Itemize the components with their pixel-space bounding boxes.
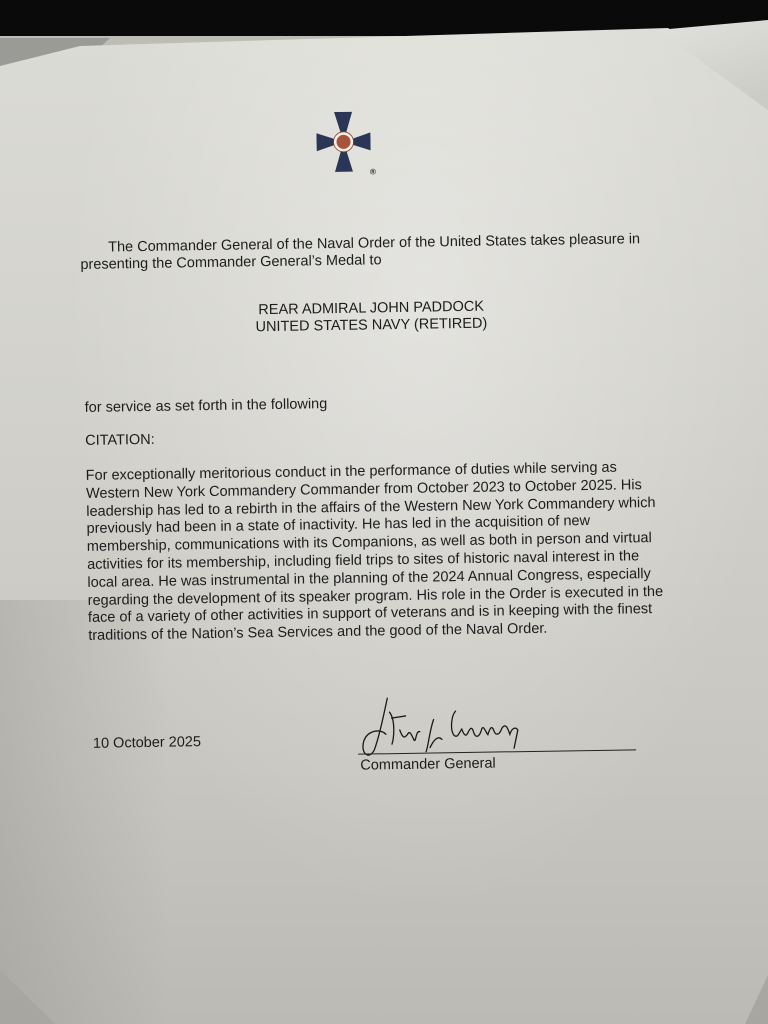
citation-body: For exceptionally meritorious conduct in…	[86, 459, 689, 646]
recipient-block: REAR ADMIRAL JOHN PADDOCK UNITED STATES …	[251, 299, 492, 337]
naval-order-cross-icon	[316, 111, 371, 172]
citation-label: CITATION:	[85, 432, 155, 450]
citation-date: 10 October 2025	[93, 734, 201, 753]
signature-icon	[355, 688, 556, 761]
signature-title: Commander General	[360, 756, 496, 775]
paper-shadow	[0, 600, 170, 1024]
registered-mark: ®	[370, 163, 376, 180]
